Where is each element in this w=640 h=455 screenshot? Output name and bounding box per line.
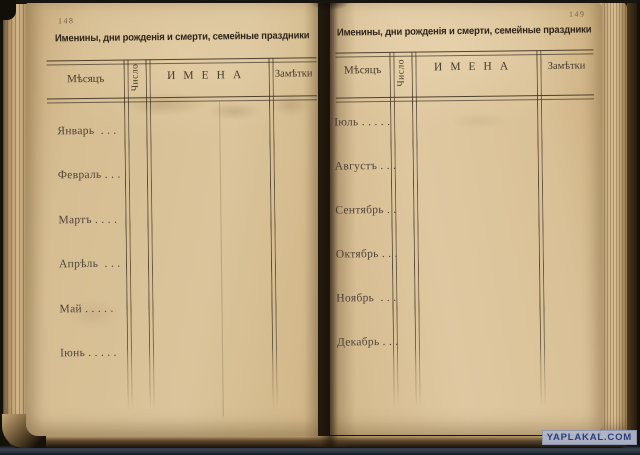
month-row: Январь . . . <box>57 125 116 138</box>
month-row: Февраль . . . <box>58 169 121 182</box>
right-page-stack-edge <box>601 2 627 443</box>
left-page-content: 148 Именины, дни рожденія и смерти, семе… <box>24 0 321 438</box>
month-row: Мартъ . . . . <box>58 213 117 226</box>
book-gutter-shadow <box>304 0 356 447</box>
month-row: Іюнь . . . . . <box>60 347 117 360</box>
right-page-content: 149 Именины, дни рожденія и смерти, семе… <box>328 1 605 436</box>
left-page: 148 Именины, дни рожденія и смерти, семе… <box>26 2 318 436</box>
left-month-rows: Январь . . .Февраль . . .Мартъ . . . .Ап… <box>24 0 321 438</box>
top-edge <box>0 0 640 3</box>
month-row: Апрѣль . . . <box>59 258 121 271</box>
book-scan: 148 Именины, дни рожденія и смерти, семе… <box>0 0 640 455</box>
site-watermark: YAPLAKAL.COM <box>542 430 637 445</box>
right-month-rows: Іюль . . . . .Августъ . . .Сентябрь . .О… <box>328 1 605 436</box>
month-row: Май . . . . . <box>59 302 113 315</box>
right-page: 149 Именины, дни рожденія и смерти, семе… <box>330 3 602 435</box>
book-cover-edge <box>627 2 637 444</box>
top-left-corner <box>0 0 16 20</box>
